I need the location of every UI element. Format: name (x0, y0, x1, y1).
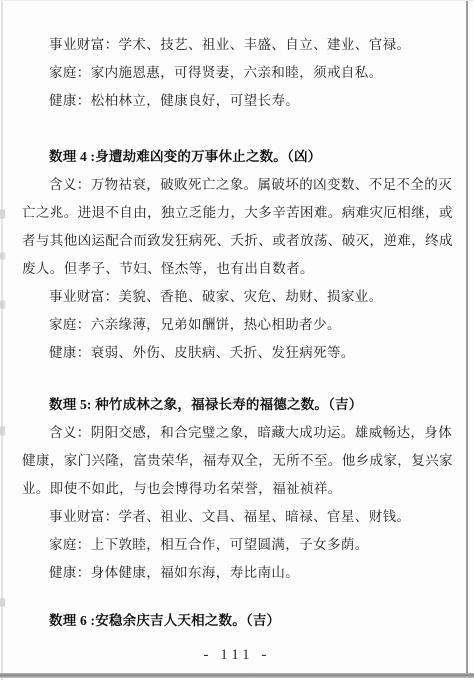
scan-edge-left (1, 1, 3, 680)
scan-smudge (0, 209, 5, 219)
page-number: - 111 - (0, 647, 474, 664)
health-line: 健康：松柏林立，健康良好，可望长寿。 (22, 87, 445, 115)
section-5-career-line: 事业财富：学者、祖业、文昌、福星、暗禄、官星、财钱。 (22, 503, 445, 531)
page-text-column: 事业财富：学术、技艺、祖业、丰盛、自立、建业、官禄。 家庭：家内施恩惠，可得贤妻… (22, 31, 445, 635)
section-6-heading: 数理 6 :安稳余庆吉人天相之数。（吉） (22, 607, 445, 635)
section-5-meaning-line: 业。即使不如此，与也会博得功名荣誉，福祉祯祥。 (22, 475, 445, 503)
section-4-meaning-line: 废人。但孝子、节妇、怪杰等，也有出自数者。 (22, 255, 445, 283)
section-4-meaning-line: 含义：万物祜衰，破败死亡之象。属破坏的凶变数、不足不全的灭 (22, 171, 445, 199)
scan-edge-bottom (0, 673, 474, 678)
career-wealth-line: 事业财富：学术、技艺、祖业、丰盛、自立、建业、官禄。 (22, 31, 445, 59)
section-5-meaning-line: 含义：阴阳交感，和合完璧之象，暗藏大成功运。雄威畅达，身体 (22, 419, 445, 447)
section-4-career-line: 事业财富：美貌、香艳、破家、灾危、劫财、损家业。 (22, 283, 445, 311)
scan-smudge (0, 252, 5, 260)
scan-smudge (0, 598, 5, 607)
section-5-health-line: 健康：身体健康，福如东海，寿比南山。 (22, 559, 445, 587)
scan-smudge (0, 300, 5, 309)
scan-edge-right (466, 1, 468, 677)
family-line: 家庭：家内施恩惠，可得贤妻，六亲和睦，须戒自私。 (22, 59, 445, 87)
book-page: 事业财富：学术、技艺、祖业、丰盛、自立、建业、官禄。 家庭：家内施恩惠，可得贤妻… (0, 0, 474, 680)
section-4-meaning-line: 者与其他凶运配合而致发狂病死、夭折、或者放荡、破灭，逆难，终成 (22, 227, 445, 255)
section-4-health-line: 健康：衰弱、外伤、皮肤病、夭折、发狂病死等。 (22, 339, 445, 367)
section-5-family-line: 家庭：上下敦睦，相互合作，可望圆满，子女多荫。 (22, 531, 445, 559)
section-4-family-line: 家庭：六亲缘薄，兄弟如酬饼，热心相助者少。 (22, 311, 445, 339)
section-4-heading: 数理 4 :身遭劫难凶变的万事休止之数。（凶） (22, 143, 445, 171)
section-4-meaning-line: 亡之兆。进退不自由，独立乏能力，大多辛苦困难。病难灾厄相继，或 (22, 199, 445, 227)
section-5-meaning-line: 健康，家门兴隆，富贵荣华，福寿双全，无所不至。他乡成家，复兴家 (22, 447, 445, 475)
section-5-heading: 数理 5: 种竹成林之象，福禄长寿的福德之数。（吉） (22, 391, 445, 419)
scan-smudge (0, 426, 5, 436)
